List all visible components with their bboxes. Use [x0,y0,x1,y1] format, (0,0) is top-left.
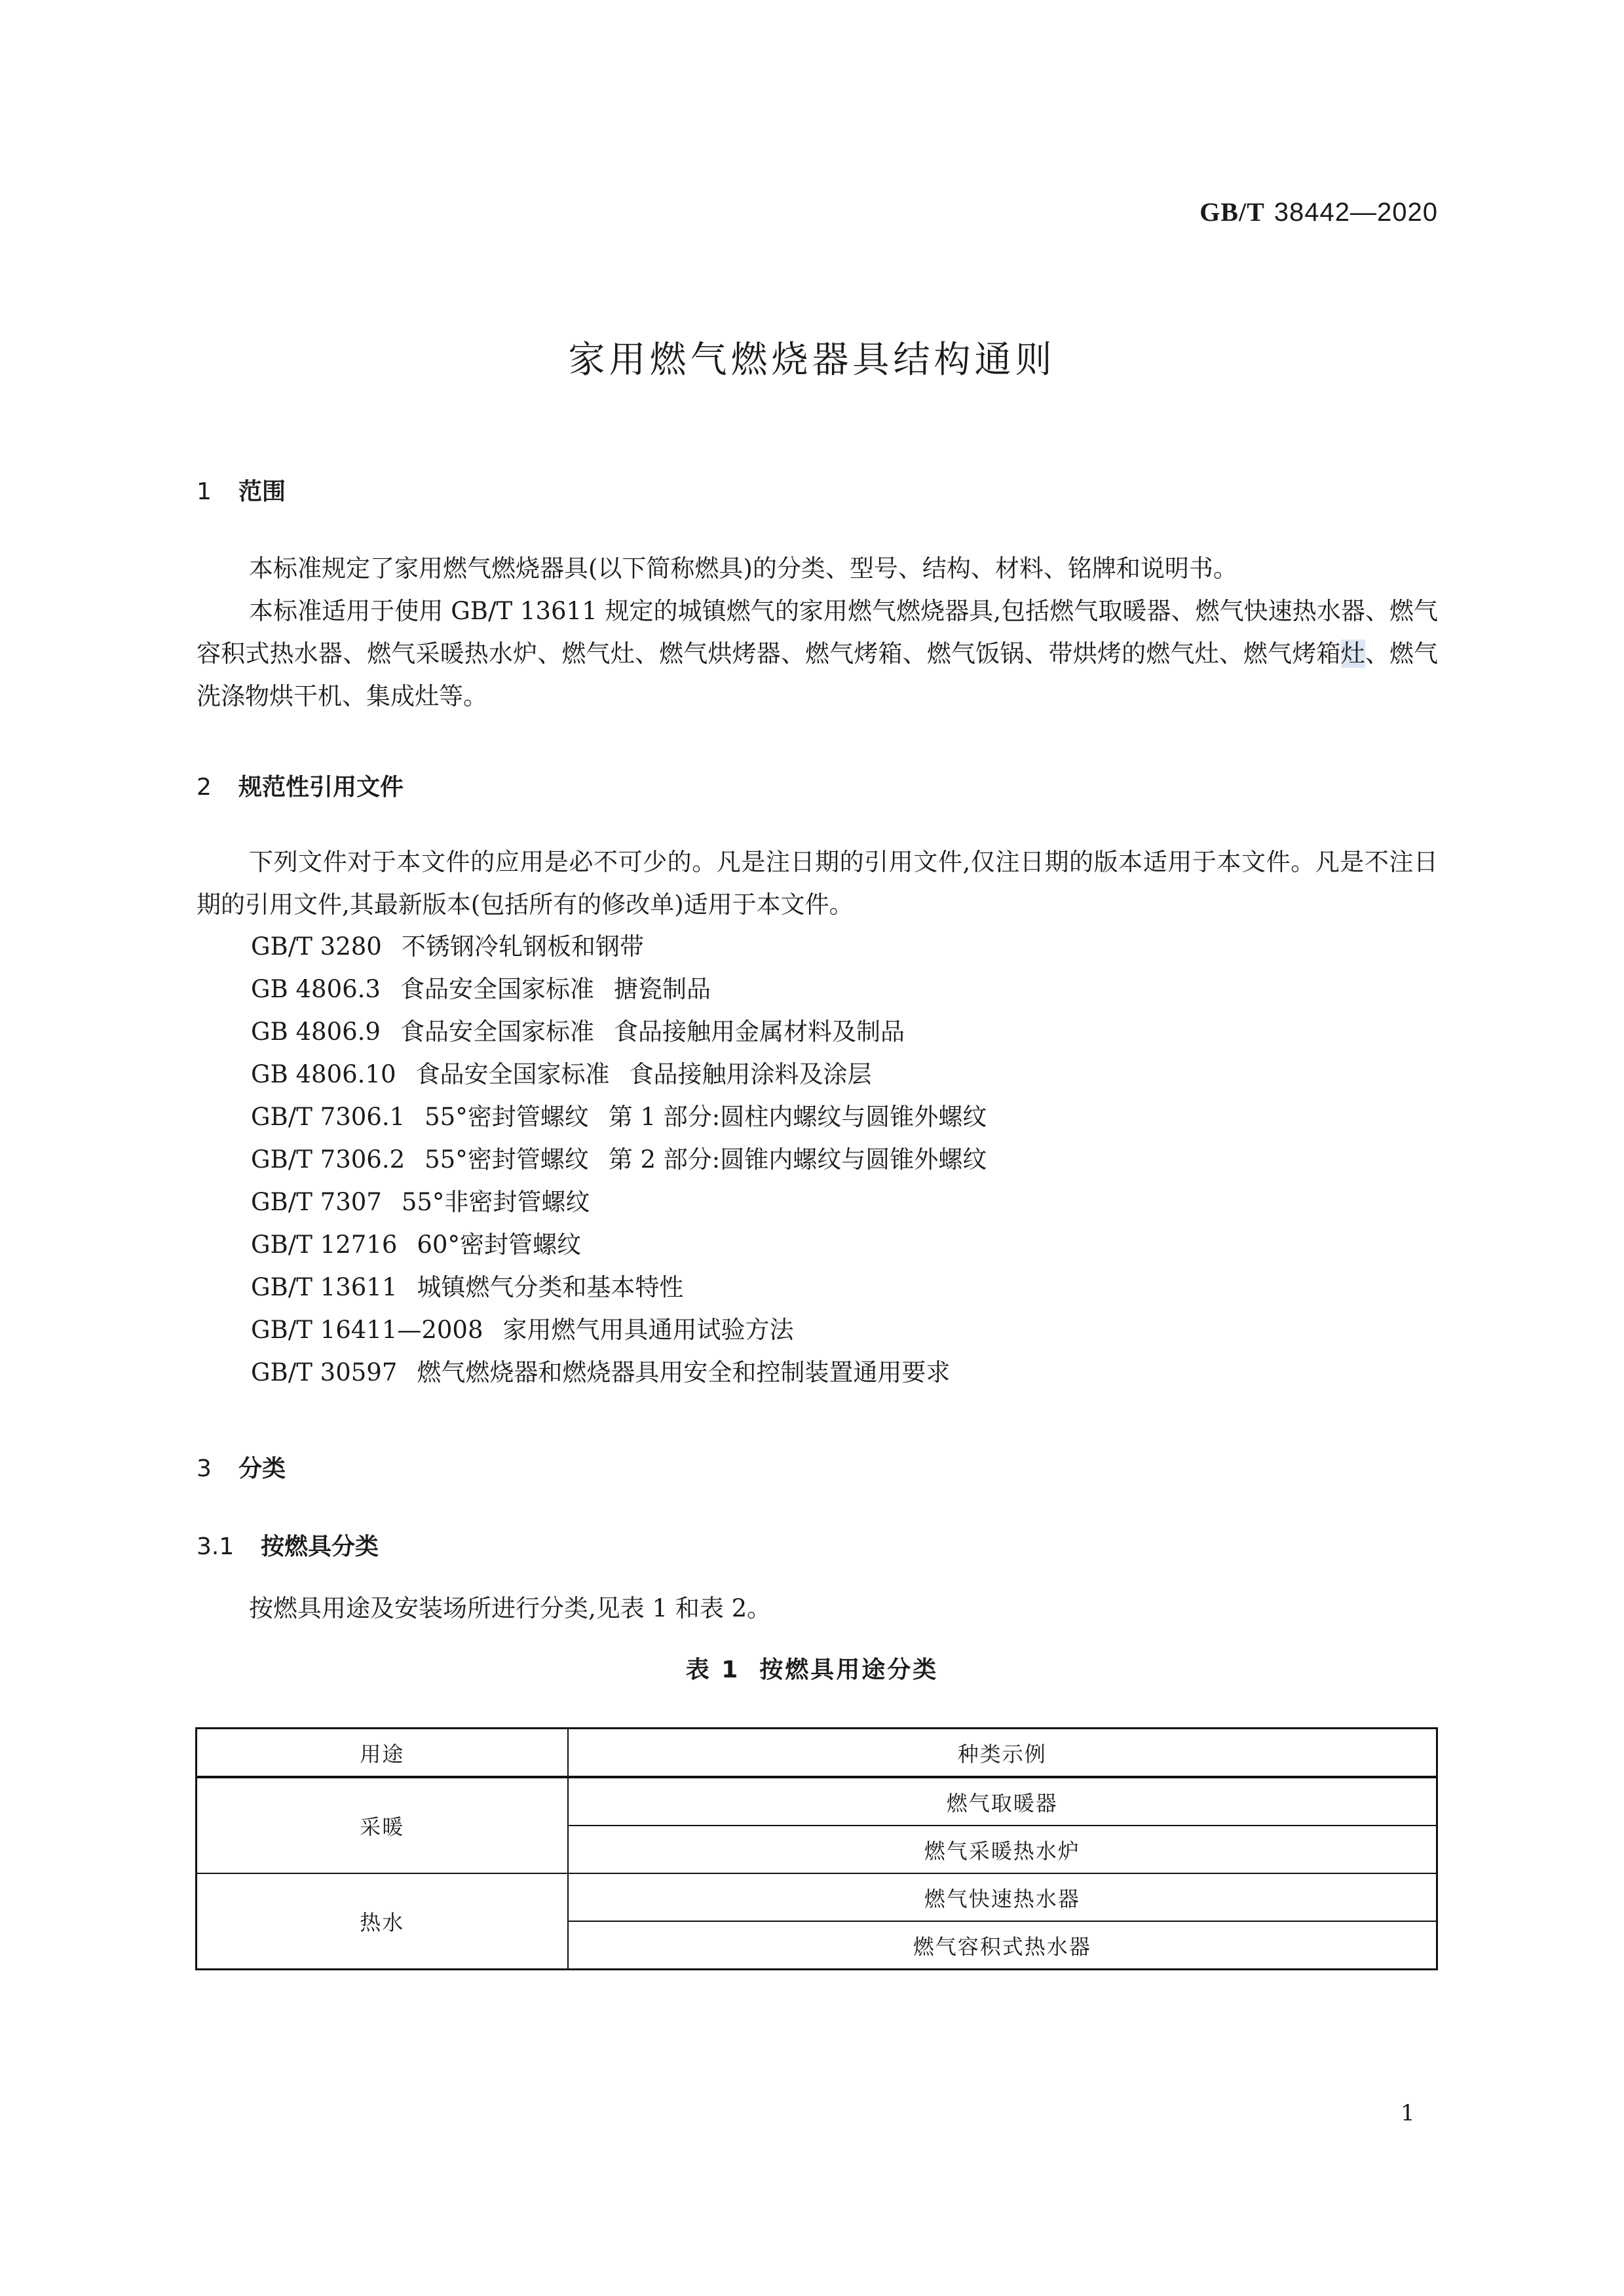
reference-title: 55°非密封管螺纹 [402,1188,590,1216]
section-2-heading: 2规范性引用文件 [197,769,404,802]
reference-code: GB 4806.3 [251,975,381,1003]
classification-text: 按燃具用途及安装场所进行分类,见表 1 和表 2。 [197,1587,1438,1630]
reference-item: GB/T 3280不锈钢冷轧钢板和钢带 [251,925,987,968]
table-cell-example: 燃气取暖器 [568,1777,1437,1826]
reference-subtitle: 食品接触用涂料及涂层 [630,1060,872,1088]
reference-code: GB/T 30597 [251,1358,397,1387]
section-number: 2 [197,774,238,801]
document-page: GB/T38442—2020 家用燃气燃烧器具结构通则 1范围 本标准规定了家用… [0,0,1624,2296]
table-header-examples: 种类示例 [568,1729,1437,1778]
table-1-caption: 表 1按燃具用途分类 [0,1651,1624,1685]
reference-item: GB/T 30597燃气燃烧器和燃烧器具用安全和控制装置通用要求 [251,1351,987,1394]
reference-item: GB/T 1271660°密封管螺纹 [251,1223,987,1266]
table-1: 用途 种类示例 采暖 燃气取暖器 燃气采暖热水炉 热水 燃气快速热水器 燃气容积… [195,1727,1438,1970]
standard-code: 38442—2020 [1274,198,1438,227]
reference-subtitle: 第 1 部分:圆柱内螺纹与圆锥外螺纹 [609,1103,987,1131]
table-header-row: 用途 种类示例 [197,1729,1437,1778]
reference-item: GB/T 7306.255°密封管螺纹第 2 部分:圆锥内螺纹与圆锥外螺纹 [251,1138,987,1181]
reference-item: GB/T 16411—2008家用燃气用具通用试验方法 [251,1309,987,1351]
standard-prefix: GB/T [1199,197,1265,227]
table-header-use: 用途 [197,1729,568,1778]
section-3-heading: 3分类 [197,1450,286,1483]
subsection-title: 按燃具分类 [261,1533,379,1560]
reference-code: GB/T 7306.2 [251,1145,405,1174]
reference-code: GB/T 12716 [251,1231,397,1259]
reference-code: GB/T 13611 [251,1273,397,1301]
reference-item: GB/T 13611城镇燃气分类和基本特性 [251,1266,987,1309]
table-cell-example: 燃气容积式热水器 [568,1921,1437,1970]
reference-title: 60°密封管螺纹 [417,1231,581,1259]
reference-item: GB 4806.9食品安全国家标准食品接触用金属材料及制品 [251,1010,987,1053]
reference-code: GB 4806.10 [251,1060,396,1088]
reference-item: GB 4806.10食品安全国家标准食品接触用涂料及涂层 [251,1053,987,1096]
table-row: 采暖 燃气取暖器 [197,1777,1437,1826]
reference-title: 食品安全国家标准 [400,975,594,1003]
reference-code: GB 4806.9 [251,1018,381,1046]
scope-paragraph-1: 本标准规定了家用燃气燃烧器具(以下简称燃具)的分类、型号、结构、材料、铭牌和说明… [197,547,1438,590]
references-intro: 下列文件对于本文件的应用是必不可少的。凡是注日期的引用文件,仅注日期的版本适用于… [197,841,1438,926]
section-number: 1 [197,478,238,505]
scope-paragraph-2: 本标准适用于使用 GB/T 13611 规定的城镇燃气的家用燃气燃烧器具,包括燃… [197,590,1438,717]
reference-title: 家用燃气用具通用试验方法 [503,1316,794,1344]
reference-title: 不锈钢冷轧钢板和钢带 [402,932,644,961]
section-title: 分类 [238,1455,286,1482]
reference-code: GB/T 16411—2008 [251,1316,483,1344]
table-label: 表 1 [686,1656,740,1683]
reference-title: 食品安全国家标准 [416,1060,610,1088]
reference-item: GB/T 7306.155°密封管螺纹第 1 部分:圆柱内螺纹与圆锥外螺纹 [251,1096,987,1138]
reference-subtitle: 食品接触用金属材料及制品 [614,1018,905,1046]
section-title: 范围 [238,478,286,505]
reference-title: 食品安全国家标准 [400,1018,594,1046]
page-number: 1 [1401,2100,1415,2126]
section-number: 3 [197,1455,238,1482]
reference-item: GB 4806.3食品安全国家标准搪瓷制品 [251,968,987,1010]
reference-subtitle: 第 2 部分:圆锥内螺纹与圆锥外螺纹 [609,1145,987,1174]
table-cell-use: 热水 [197,1873,568,1970]
reference-subtitle: 搪瓷制品 [614,975,711,1003]
section-title: 规范性引用文件 [238,774,404,801]
table-cell-example: 燃气快速热水器 [568,1873,1437,1921]
table-cell-example: 燃气采暖热水炉 [568,1826,1437,1873]
reference-code: GB/T 7306.1 [251,1103,405,1131]
subsection-number: 3.1 [197,1533,261,1560]
document-title: 家用燃气燃烧器具结构通则 [0,331,1624,383]
reference-code: GB/T 3280 [251,932,382,961]
table-row: 热水 燃气快速热水器 [197,1873,1437,1921]
section-1-heading: 1范围 [197,473,286,507]
table-title: 按燃具用途分类 [759,1656,938,1683]
reference-list: GB/T 3280不锈钢冷轧钢板和钢带 GB 4806.3食品安全国家标准搪瓷制… [251,925,987,1394]
reference-title: 55°密封管螺纹 [425,1103,589,1131]
standard-number: GB/T38442—2020 [1199,197,1438,227]
subsection-3-1-heading: 3.1按燃具分类 [197,1528,379,1561]
reference-title: 城镇燃气分类和基本特性 [417,1273,683,1301]
highlighted-text: 灶 [1341,640,1365,668]
reference-title: 燃气燃烧器和燃烧器具用安全和控制装置通用要求 [417,1358,950,1387]
scope-paragraph-2-text: 本标准适用于使用 GB/T 13611 规定的城镇燃气的家用燃气燃烧器具,包括燃… [197,597,1438,668]
reference-item: GB/T 730755°非密封管螺纹 [251,1181,987,1223]
reference-code: GB/T 7307 [251,1188,382,1216]
table-cell-use: 采暖 [197,1777,568,1873]
reference-title: 55°密封管螺纹 [425,1145,589,1174]
